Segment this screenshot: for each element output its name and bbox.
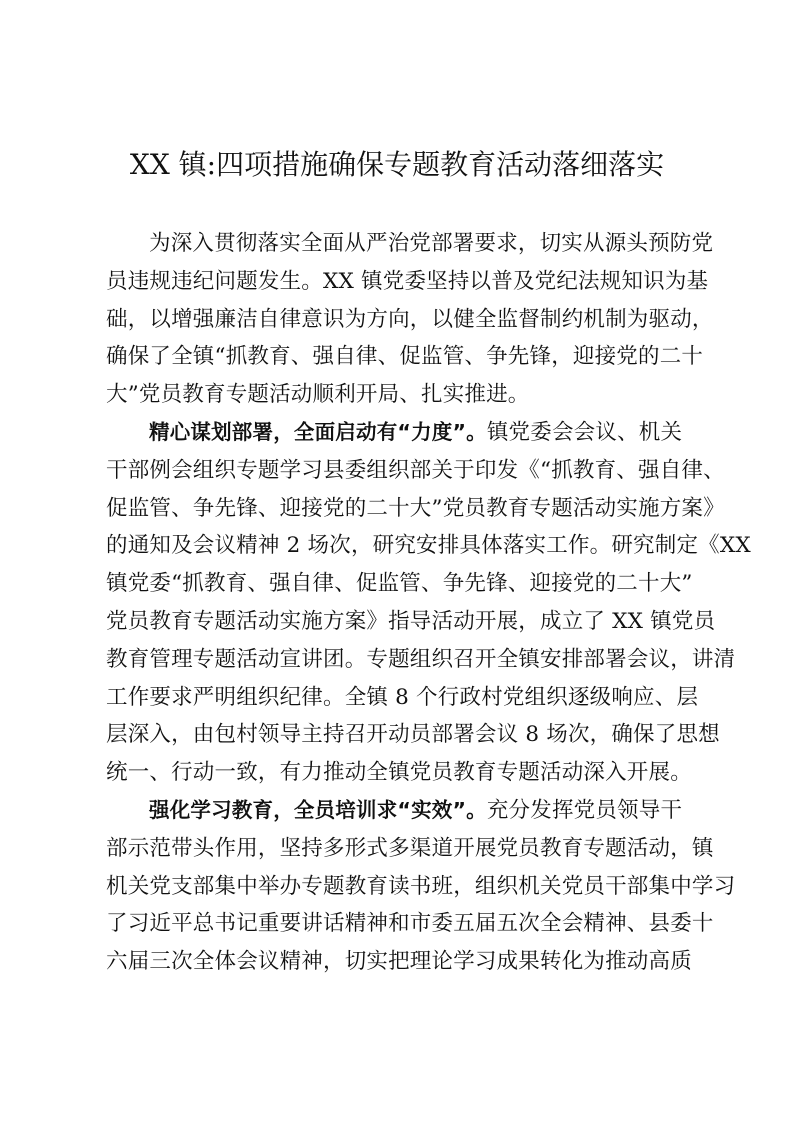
document-body: 为深入贯彻落实全面从严治党部署要求，切实从源头预防党 员违规违纪问题发生。XX …: [106, 225, 716, 981]
paragraph-line: 教育管理专题活动宣讲团。专题组织召开全镇安排部署会议，讲清: [106, 641, 716, 679]
document-title: XX 镇:四项措施确保专题教育活动落细落实: [0, 146, 794, 184]
paragraph-first-line: 强化学习教育，全员培训求“实效”。充分发挥党员领导干: [106, 792, 716, 830]
paragraph-line: 为深入贯彻落实全面从严治党部署要求，切实从源头预防党: [106, 225, 716, 263]
paragraph-text: 镇党委会会议、机关: [487, 420, 682, 445]
paragraph-line: 层深入，由包村领导主持召开动员部署会议 8 场次，确保了思想: [106, 716, 716, 754]
document-page: XX 镇:四项措施确保专题教育活动落细落实 为深入贯彻落实全面从严治党部署要求，…: [0, 0, 794, 1122]
paragraph-line: 党员教育专题活动实施方案》指导活动开展，成立了 XX 镇党员: [106, 603, 716, 641]
paragraph-planning: 精心谋划部署，全面启动有“力度”。镇党委会会议、机关 干部例会组织专题学习县委组…: [106, 414, 716, 792]
paragraph-line: 础，以增强廉洁自律意识为方向，以健全监督制约机制为驱动，: [106, 301, 716, 339]
paragraph-intro: 为深入贯彻落实全面从严治党部署要求，切实从源头预防党 员违规违纪问题发生。XX …: [106, 225, 716, 414]
paragraph-line: 员违规违纪问题发生。XX 镇党委坚持以普及党纪法规知识为基: [106, 263, 716, 301]
paragraph-first-line: 精心谋划部署，全面启动有“力度”。镇党委会会议、机关: [106, 414, 716, 452]
paragraph-training: 强化学习教育，全员培训求“实效”。充分发挥党员领导干 部示范带头作用，坚持多形式…: [106, 792, 716, 981]
section-heading: 强化学习教育，全员培训求“实效”。: [149, 798, 487, 822]
paragraph-line: 工作要求严明组织纪律。全镇 8 个行政村党组织逐级响应、层: [106, 679, 716, 717]
paragraph-text: 充分发挥党员领导干: [487, 798, 682, 823]
paragraph-line: 大”党员教育专题活动顺利开局、扎实推进。: [106, 376, 716, 414]
section-heading: 精心谋划部署，全面启动有“力度”。: [149, 420, 487, 444]
paragraph-line: 确保了全镇“抓教育、强自律、促监管、争先锋，迎接党的二十: [106, 338, 716, 376]
paragraph-line: 镇党委“抓教育、强自律、促监管、争先锋、迎接党的二十大”: [106, 565, 716, 603]
paragraph-line: 部示范带头作用，坚持多形式多渠道开展党员教育专题活动，镇: [106, 830, 716, 868]
paragraph-line: 促监管、争先锋、迎接党的二十大”党员教育专题活动实施方案》: [106, 490, 716, 528]
paragraph-line: 统一、行动一致，有力推动全镇党员教育专题活动深入开展。: [106, 754, 716, 792]
paragraph-line: 干部例会组织专题学习县委组织部关于印发《“抓教育、强自律、: [106, 452, 716, 490]
paragraph-line: 的通知及会议精神 2 场次，研究安排具体落实工作。研究制定《XX: [106, 527, 716, 565]
paragraph-line: 机关党支部集中举办专题教育读书班，组织机关党员干部集中学习: [106, 868, 716, 906]
paragraph-line: 了习近平总书记重要讲话精神和市委五届五次全会精神、县委十: [106, 905, 716, 943]
paragraph-line: 六届三次全体会议精神，切实把理论学习成果转化为推动高质: [106, 943, 716, 981]
